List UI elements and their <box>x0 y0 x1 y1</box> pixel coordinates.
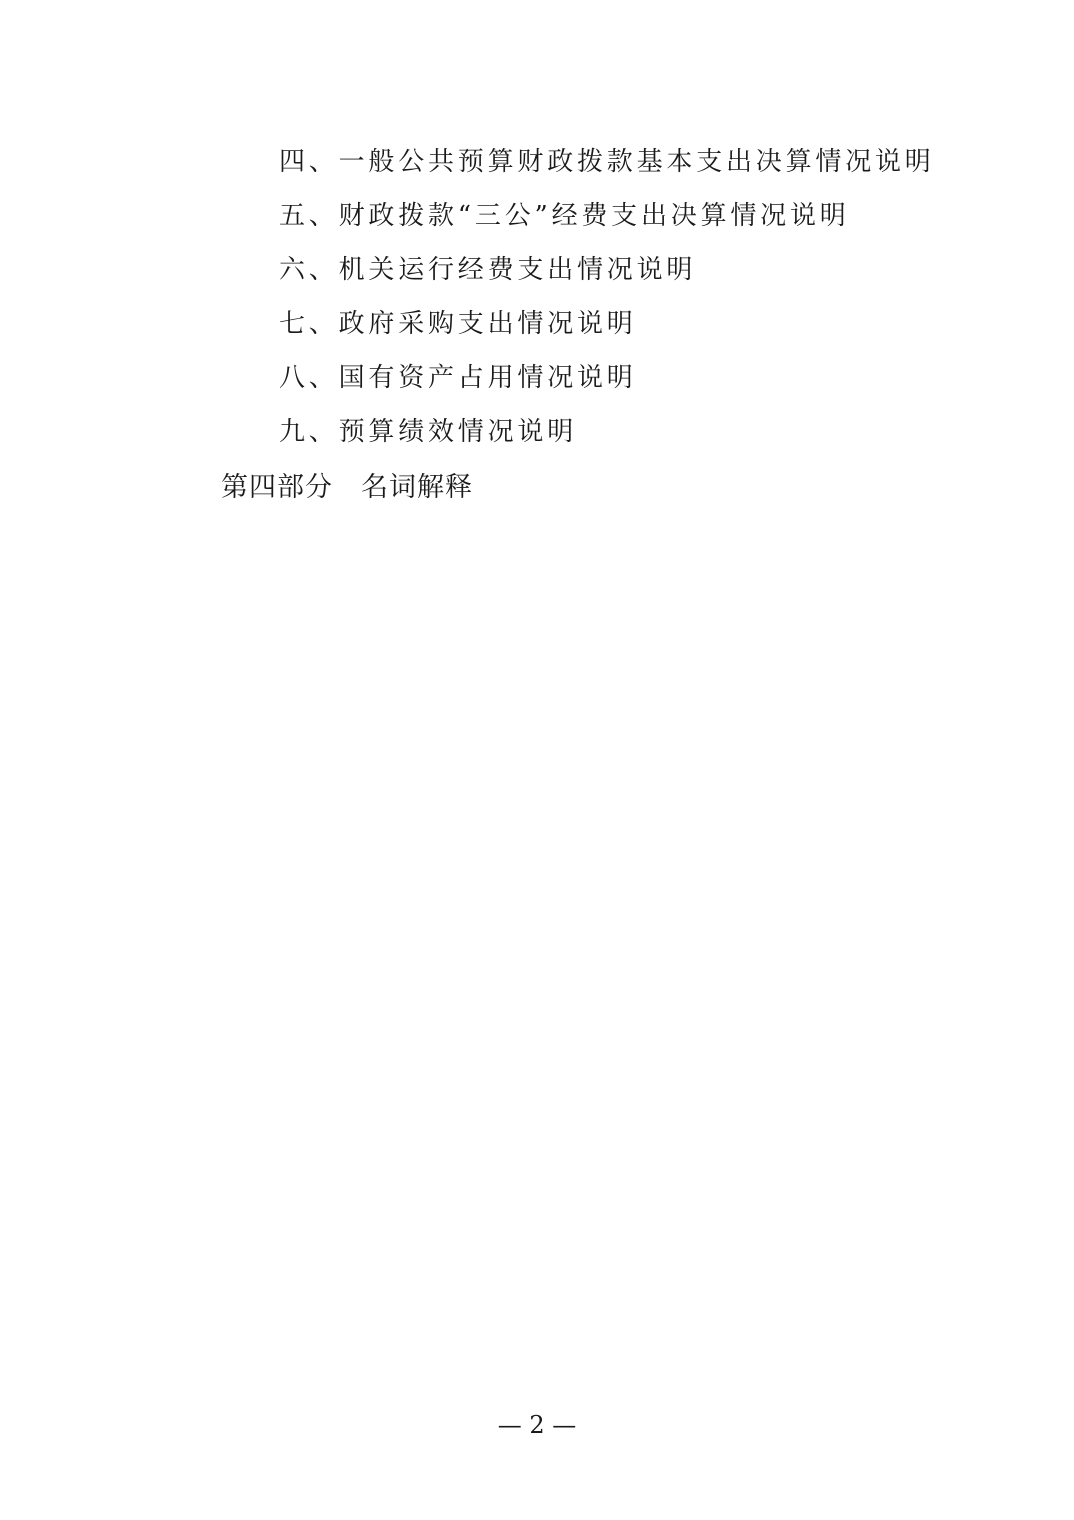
page-number: — 2 — <box>0 1410 1074 1440</box>
toc-item-8: 八、国有资产占用情况说明 <box>279 363 637 393</box>
toc-item-6: 六、机关运行经费支出情况说明 <box>279 255 696 285</box>
toc-item-4: 四、一般公共预算财政拨款基本支出决算情况说明 <box>279 147 935 177</box>
toc-item-5: 五、财政拨款“三公”经费支出决算情况说明 <box>279 201 850 231</box>
document-page: 四、一般公共预算财政拨款基本支出决算情况说明 五、财政拨款“三公”经费支出决算情… <box>0 0 1074 1520</box>
toc-item-7: 七、政府采购支出情况说明 <box>279 309 637 339</box>
toc-item-9: 九、预算绩效情况说明 <box>279 417 577 447</box>
section-heading-part-four: 第四部分 名词解释 <box>221 472 473 504</box>
